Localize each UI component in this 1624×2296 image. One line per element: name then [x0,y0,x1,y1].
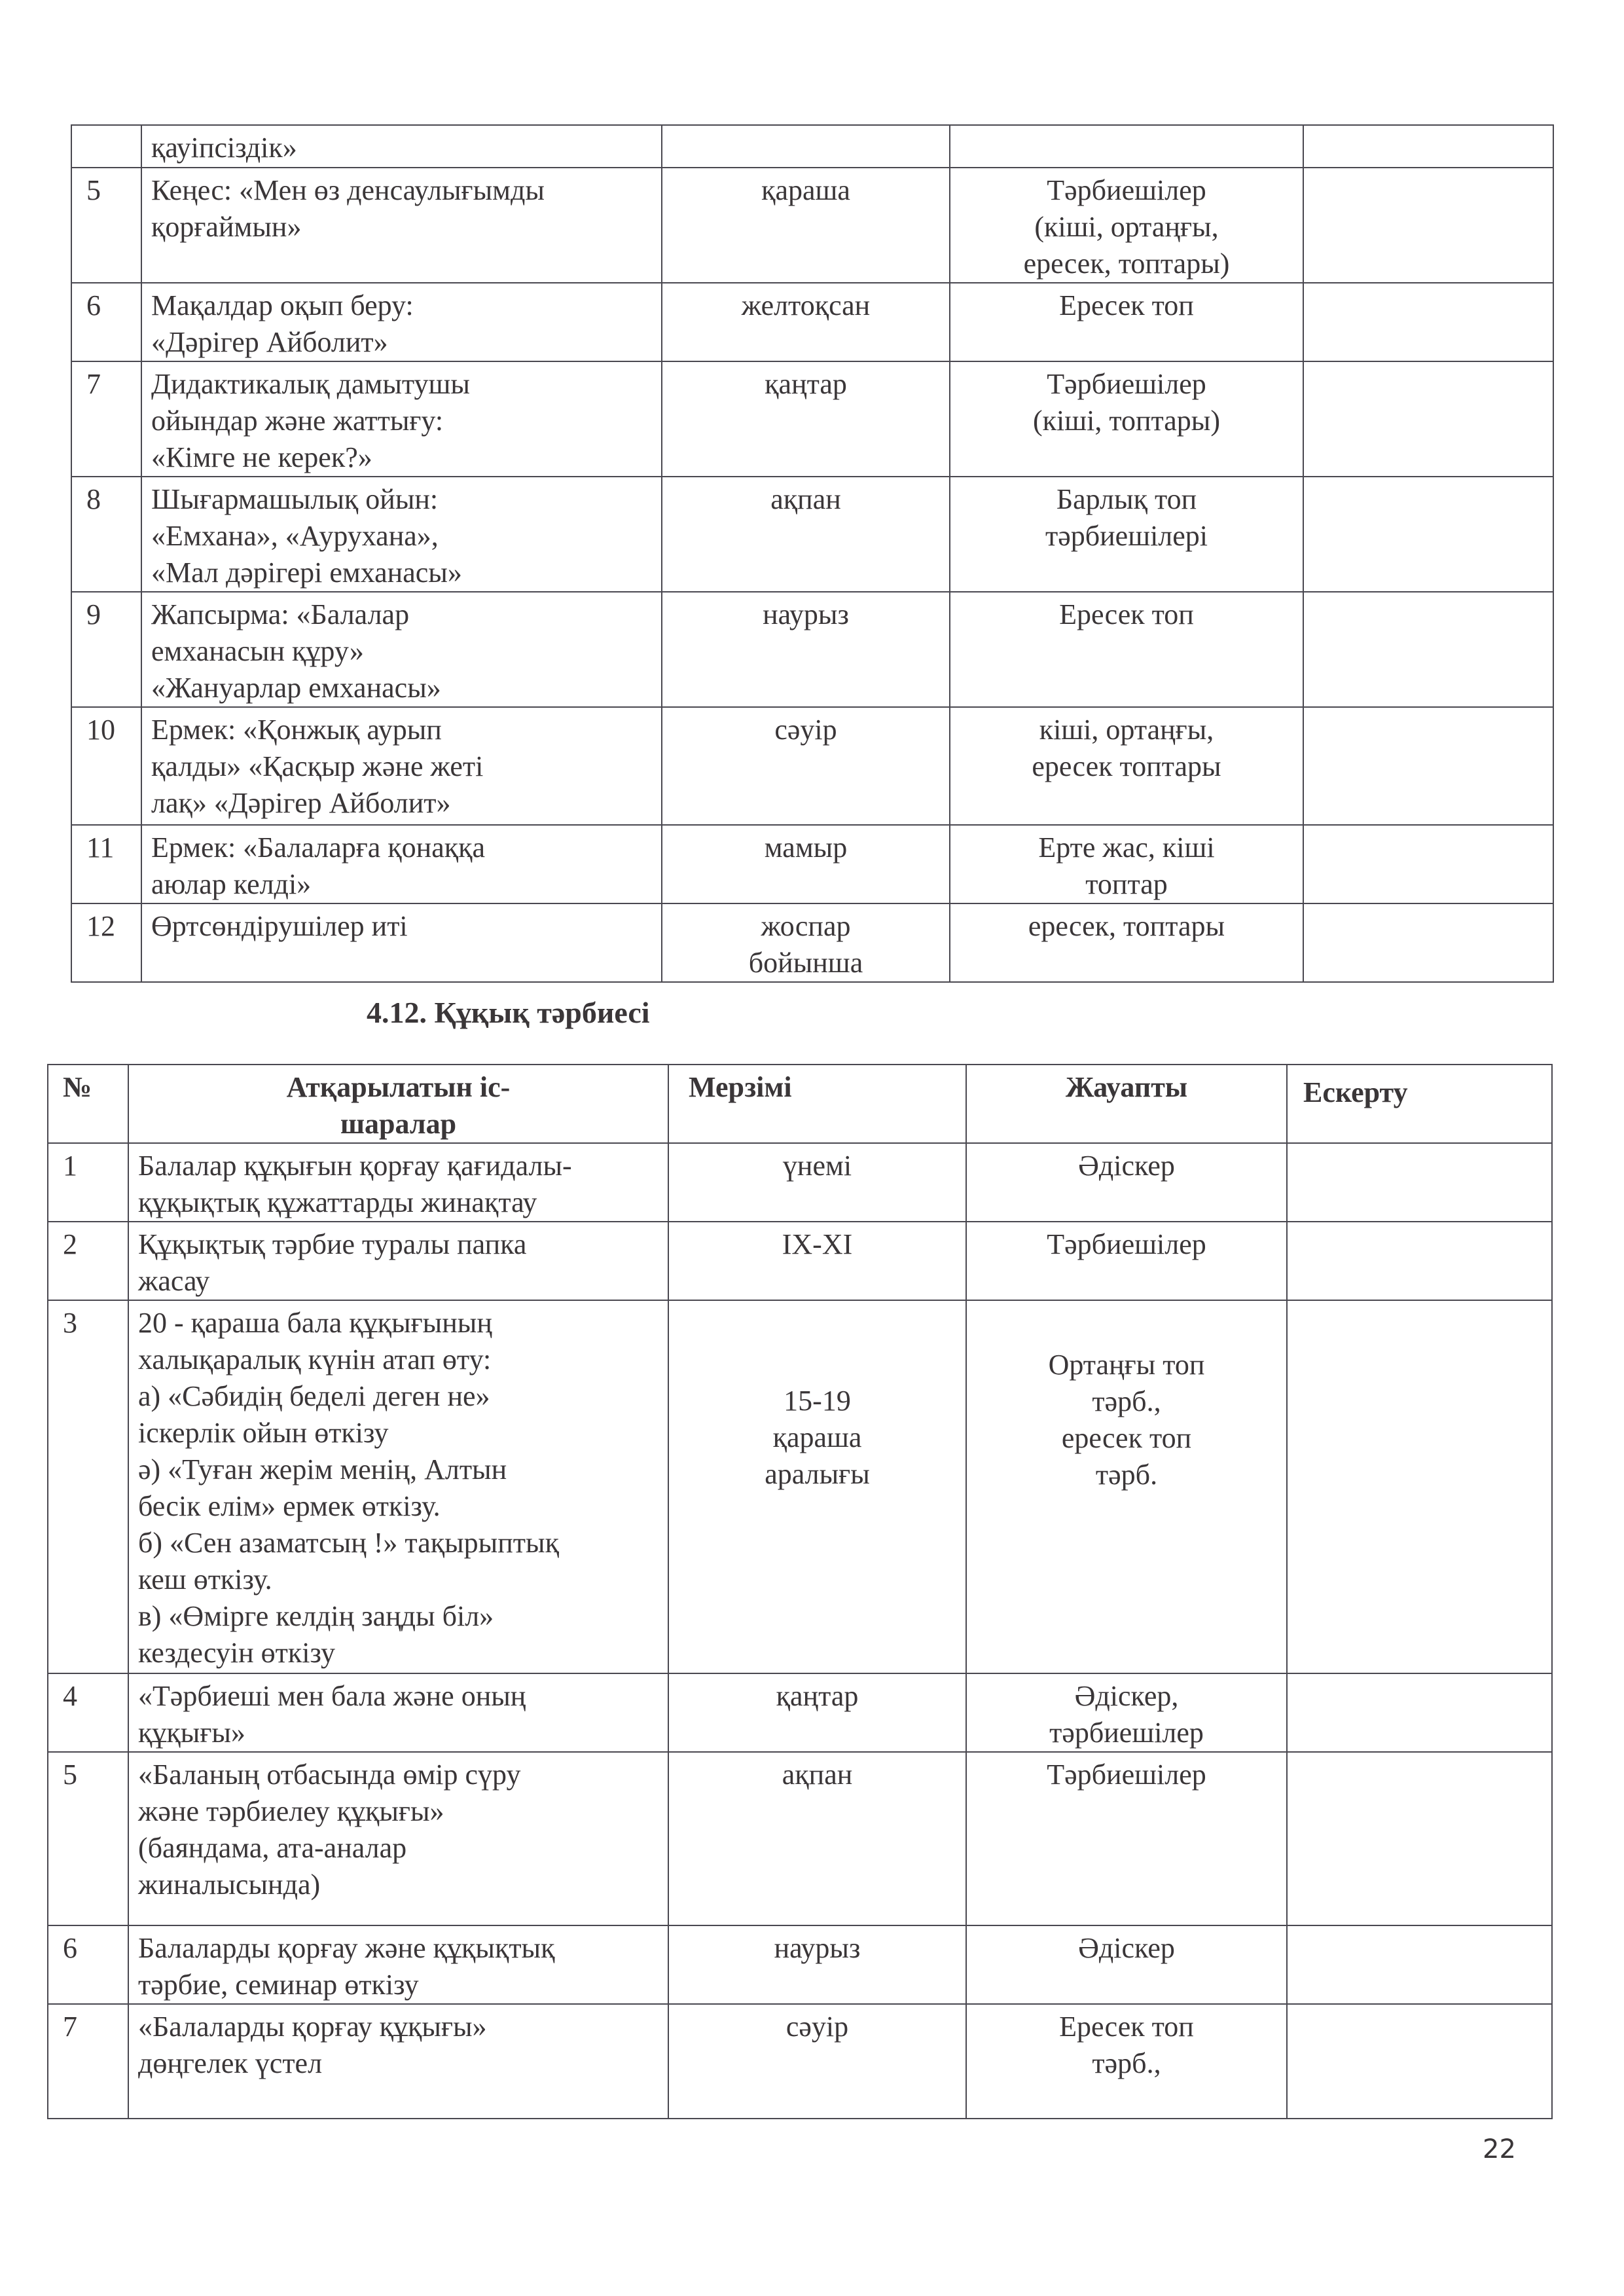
health-activities-table: қауіпсіздік» 5 Кеңес: «Мен өз денсаулығы… [71,124,1554,983]
date-cell: ақпан [668,1752,966,1925]
date-cell: жоспар бойынша [662,903,950,982]
activity-cell: Құқықтық тәрбие туралы папка жасау [128,1222,668,1300]
activity-cell: Мақалдар оқып беру: «Дәрігер Айболит» [141,283,662,361]
responsible-cell: кіші, ортаңғы, ересек топтары [950,707,1303,825]
responsible-cell: Ересек топ [950,283,1303,361]
legal-education-table: № Атқарылатын іс- шаралар Мерзімі Жауапт… [47,1064,1553,2119]
table-row: 1 Балалар құқығын қорғау қағидалы- құқық… [48,1143,1552,1222]
responsible-cell [950,125,1303,168]
table-row: 6 Балаларды қорғау және құқықтық тәрбие,… [48,1925,1552,2004]
row-number: 7 [48,2004,128,2119]
activity-cell: Балаларды қорғау және құқықтық тәрбие, с… [128,1925,668,2004]
row-number: 10 [71,707,141,825]
activity-cell: «Тәрбиеші мен бала және оның құқығы» [128,1673,668,1752]
responsible-cell: Ересек топ [950,592,1303,707]
row-number: 3 [48,1300,128,1673]
row-number: 11 [71,825,141,903]
table-row: 8 Шығармашылық ойын: «Емхана», «Аурухана… [71,477,1553,592]
note-cell [1287,1300,1552,1673]
table-row: 10 Ермек: «Қонжық аурып қалды» «Қасқыр ж… [71,707,1553,825]
responsible-cell: Ортаңғы топ тәрб., ересек топ тәрб. [966,1300,1287,1673]
activity-cell: Өртсөндірушілер иті [141,903,662,982]
row-number: 6 [71,283,141,361]
activity-cell: 20 - қараша бала құқығының халықаралық к… [128,1300,668,1673]
note-cell [1303,592,1553,707]
table-header-row: № Атқарылатын іс- шаралар Мерзімі Жауапт… [48,1065,1552,1143]
date-cell: желтоқсан [662,283,950,361]
row-number: 7 [71,361,141,477]
note-cell [1303,903,1553,982]
row-number: 5 [71,168,141,283]
activity-cell: Дидактикалық дамытушы ойындар және жатты… [141,361,662,477]
row-number: 6 [48,1925,128,2004]
date-cell: наурыз [662,592,950,707]
row-number: 8 [71,477,141,592]
header-note: Ескерту [1287,1065,1552,1143]
date-cell: 15-19 қараша аралығы [668,1300,966,1673]
header-date: Мерзімі [668,1065,966,1143]
date-cell: ақпан [662,477,950,592]
row-number: 2 [48,1222,128,1300]
responsible-cell: Ересек топ тәрб., [966,2004,1287,2119]
responsible-cell: Әдіскер, тәрбиешілер [966,1673,1287,1752]
responsible-cell: Ерте жас, кіші топтар [950,825,1303,903]
note-cell [1303,361,1553,477]
responsible-cell: Әдіскер [966,1143,1287,1222]
activity-cell: Кеңес: «Мен өз денсаулығымды қорғаймын» [141,168,662,283]
row-number: 5 [48,1752,128,1925]
responsible-cell: ересек, топтары [950,903,1303,982]
note-cell [1287,1222,1552,1300]
note-cell [1287,2004,1552,2119]
row-number: 1 [48,1143,128,1222]
table-row: қауіпсіздік» [71,125,1553,168]
header-number: № [48,1065,128,1143]
table-row: 6 Мақалдар оқып беру: «Дәрігер Айболит» … [71,283,1553,361]
activity-cell: Ермек: «Балаларға қонаққа аюлар келді» [141,825,662,903]
responsible-cell: Барлық топ тәрбиешілері [950,477,1303,592]
table-row: 5 «Баланың отбасында өмір сүру және тәрб… [48,1752,1552,1925]
header-activity: Атқарылатын іс- шаралар [128,1065,668,1143]
note-cell [1303,168,1553,283]
table-row: 5 Кеңес: «Мен өз денсаулығымды қорғаймын… [71,168,1553,283]
activity-cell: қауіпсіздік» [141,125,662,168]
row-number [71,125,141,168]
date-cell: үнемі [668,1143,966,1222]
activity-cell: «Баланың отбасында өмір сүру және тәрбие… [128,1752,668,1925]
table-row: 4 «Тәрбиеші мен бала және оның құқығы» қ… [48,1673,1552,1752]
date-cell: мамыр [662,825,950,903]
note-cell [1303,125,1553,168]
note-cell [1303,707,1553,825]
header-responsible: Жауапты [966,1065,1287,1143]
row-number: 12 [71,903,141,982]
responsible-cell: Тәрбиешілер (кіші, ортаңғы, ересек, топт… [950,168,1303,283]
table-row: 7 «Балаларды қорғау құқығы» дөңгелек үст… [48,2004,1552,2119]
row-number: 9 [71,592,141,707]
note-cell [1303,283,1553,361]
note-cell [1303,477,1553,592]
date-cell: қаңтар [668,1673,966,1752]
date-cell: IX-XI [668,1222,966,1300]
activity-cell: Ермек: «Қонжық аурып қалды» «Қасқыр және… [141,707,662,825]
health-activities-table-body: қауіпсіздік» 5 Кеңес: «Мен өз денсаулығы… [71,125,1553,982]
date-cell: қаңтар [662,361,950,477]
date-cell: қараша [662,168,950,283]
note-cell [1287,1752,1552,1925]
date-cell: сәуір [662,707,950,825]
note-cell [1287,1673,1552,1752]
responsible-cell: Тәрбиешілер [966,1222,1287,1300]
responsible-cell: Әдіскер [966,1925,1287,2004]
note-cell [1303,825,1553,903]
activity-cell: Шығармашылық ойын: «Емхана», «Аурухана»,… [141,477,662,592]
table-row: 2 Құқықтық тәрбие туралы папка жасау IX-… [48,1222,1552,1300]
date-cell: сәуір [668,2004,966,2119]
responsible-cell: Тәрбиешілер (кіші, топтары) [950,361,1303,477]
activity-cell: «Балаларды қорғау құқығы» дөңгелек үстел [128,2004,668,2119]
date-cell: наурыз [668,1925,966,2004]
note-cell [1287,1143,1552,1222]
table-row: 9 Жапсырма: «Балалар емханасын құру» «Жа… [71,592,1553,707]
activity-cell: Жапсырма: «Балалар емханасын құру» «Жану… [141,592,662,707]
activity-cell: Балалар құқығын қорғау қағидалы- құқықты… [128,1143,668,1222]
row-number: 4 [48,1673,128,1752]
section-title: 4.12. Құқық тәрбиесі [367,995,650,1030]
date-cell [662,125,950,168]
table-row: 12 Өртсөндірушілер иті жоспар бойынша ер… [71,903,1553,982]
note-cell [1287,1925,1552,2004]
table-row: 11 Ермек: «Балаларға қонаққа аюлар келді… [71,825,1553,903]
page-number: 22 [1483,2134,1516,2164]
responsible-cell: Тәрбиешілер [966,1752,1287,1925]
table-row: 3 20 - қараша бала құқығының халықаралық… [48,1300,1552,1673]
table-row: 7 Дидактикалық дамытушы ойындар және жат… [71,361,1553,477]
